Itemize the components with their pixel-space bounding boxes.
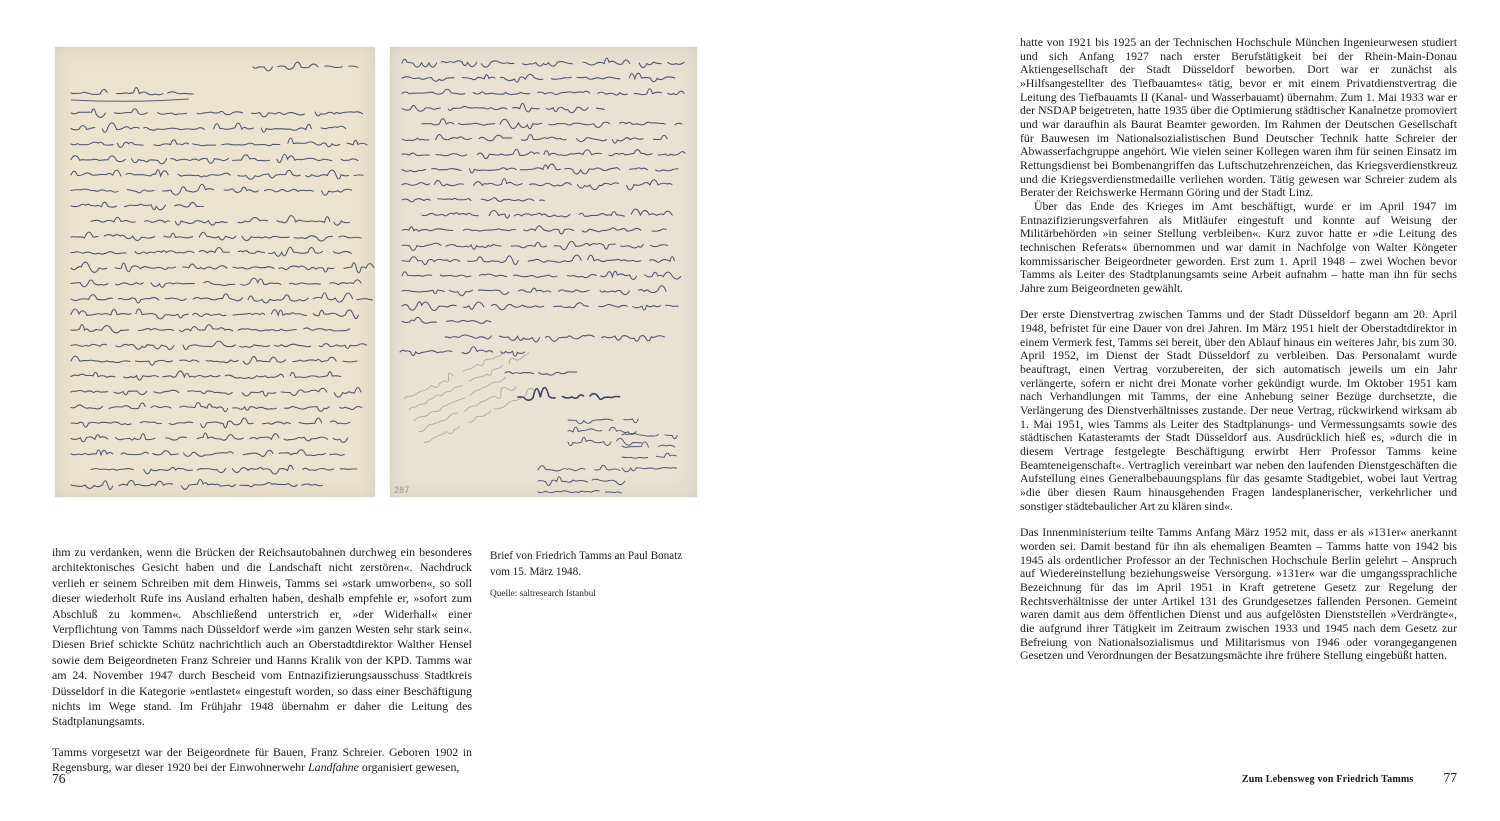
caption-line: Brief von Friedrich Tamms an Paul Bonatz bbox=[490, 549, 742, 565]
handwritten-letter-scan-page-2: 287 bbox=[390, 47, 697, 497]
right-page-footer: Zum Lebensweg von Friedrich Tamms 77 bbox=[1020, 770, 1457, 786]
body-paragraph: Tamms vorgesetzt war der Beigeordnete fü… bbox=[52, 745, 472, 776]
archive-number: 287 bbox=[394, 486, 409, 496]
body-paragraph: ihm zu verdanken, wenn die Brücken der R… bbox=[52, 545, 472, 730]
body-paragraph: hatte von 1921 bis 1925 an der Technisch… bbox=[1020, 36, 1457, 200]
body-paragraph: Der erste Dienstvertrag zwischen Tamms u… bbox=[1020, 308, 1457, 513]
caption-source: Quelle: saltresearch Istanbul bbox=[490, 587, 742, 603]
body-paragraph: Über das Ende des Krieges im Amt beschäf… bbox=[1020, 200, 1457, 296]
running-footer-title: Zum Lebensweg von Friedrich Tamms bbox=[1242, 774, 1414, 785]
caption-line: vom 15. März 1948. bbox=[490, 565, 742, 581]
left-page-body-text: ihm zu verdanken, wenn die Brücken der R… bbox=[52, 545, 472, 776]
right-page-body-text: hatte von 1921 bis 1925 an der Technisch… bbox=[1020, 36, 1457, 663]
page-number-left: 76 bbox=[52, 771, 66, 787]
body-paragraph: Das Innenministerium teilte Tamms Anfang… bbox=[1020, 526, 1457, 663]
handwritten-letter-scan-page-1 bbox=[55, 47, 375, 497]
figure-caption: Brief von Friedrich Tamms an Paul Bonatz… bbox=[490, 549, 742, 603]
page-number-right: 77 bbox=[1444, 770, 1458, 786]
